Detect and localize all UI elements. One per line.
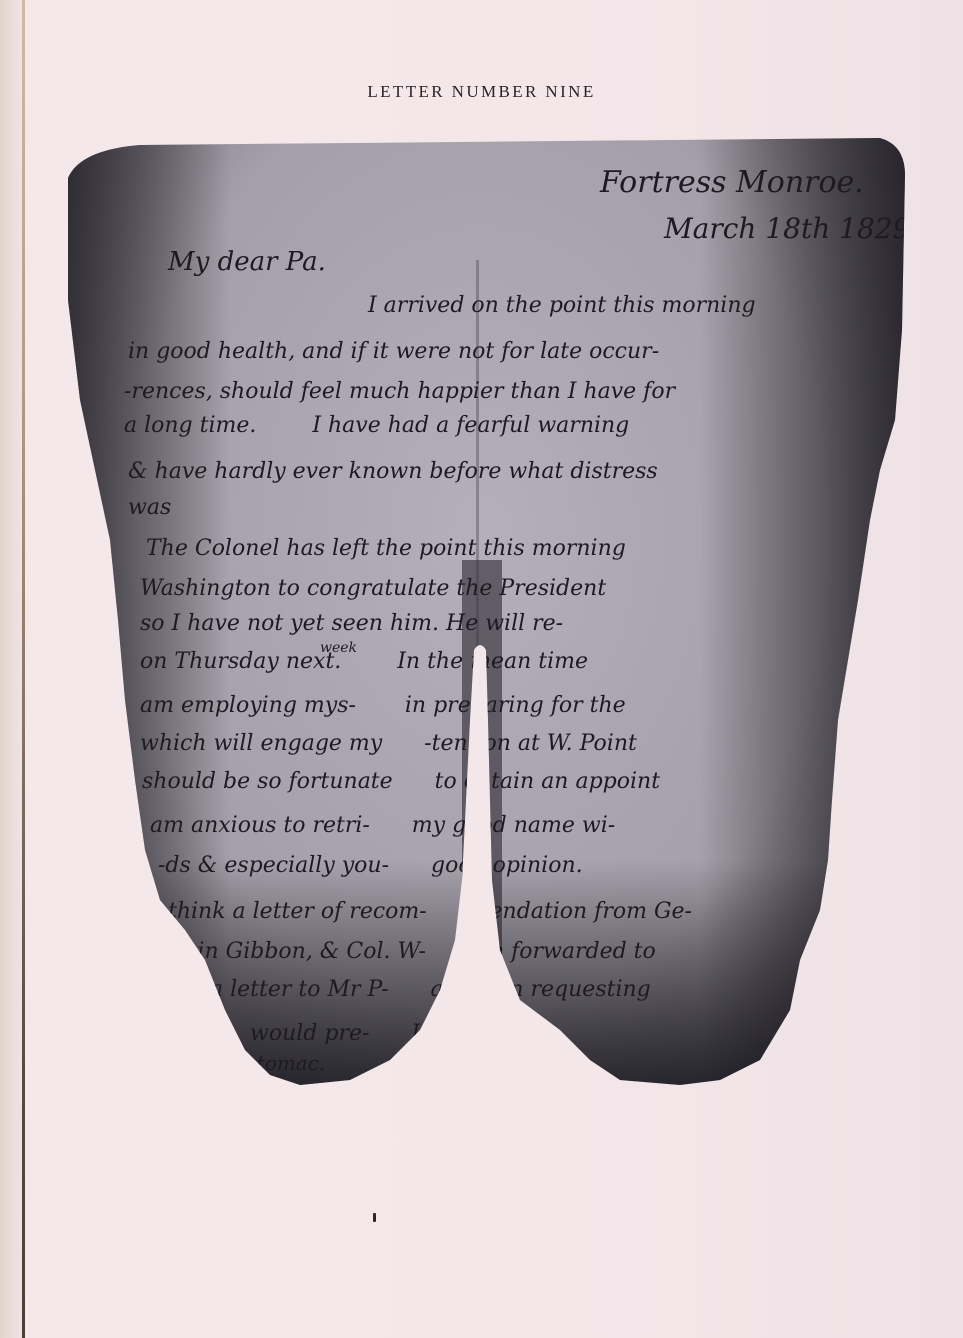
letter-line: I arrived on the point this morning [367, 293, 756, 318]
letter-line: -rences, should feel much happier than I… [124, 379, 677, 404]
letter-line: a letter to Mr P- atterson requesting [210, 977, 651, 1002]
letter-place: Fortress Monroe. [599, 165, 864, 200]
letter-line: a long time. I have had a fearful warnin… [124, 413, 629, 438]
letter-line: & have hardly ever known before what dis… [128, 459, 658, 484]
letter-line: am employing mys- in preparing for the [140, 693, 626, 718]
letter-line: -ds & especially you- good opinion. [158, 853, 583, 878]
letter-line: am anxious to retri- my good name wi- [150, 813, 615, 838]
letter-line: think a letter of recom- mendation from … [168, 899, 692, 924]
burned-letter-photograph: Fortress Monroe. March 18th 1829. My dea… [0, 0, 963, 1338]
letter-line: Washington to congratulate the President [140, 576, 606, 601]
letter-line: -tomac. [250, 1051, 325, 1075]
letter-line: so I have not yet seen him. He will re- [140, 611, 563, 636]
stray-ink-mark [373, 1213, 376, 1222]
letter-line: was [128, 495, 171, 520]
letter-line: -in Gibbon, & Col. W- ton forwarded to [190, 939, 656, 964]
letter-line: in good health, and if it were not for l… [128, 339, 659, 364]
letter-line: should be so fortunate to obtain an appo… [142, 769, 660, 794]
letter-salutation: My dear Pa. [167, 247, 326, 277]
letter-line: The Colonel has left the point this morn… [146, 536, 626, 561]
letter-line: would pre- I may be [250, 1021, 508, 1046]
letter-paper: Fortress Monroe. March 18th 1829. My dea… [0, 0, 963, 1338]
letter-date: March 18th 1829. [663, 212, 919, 245]
letter-line: which will engage my -tention at W. Poin… [140, 731, 637, 756]
book-page: LETTER NUMBER NINE [0, 0, 963, 1338]
letter-line: on Thursday next. In the mean time [140, 649, 588, 674]
